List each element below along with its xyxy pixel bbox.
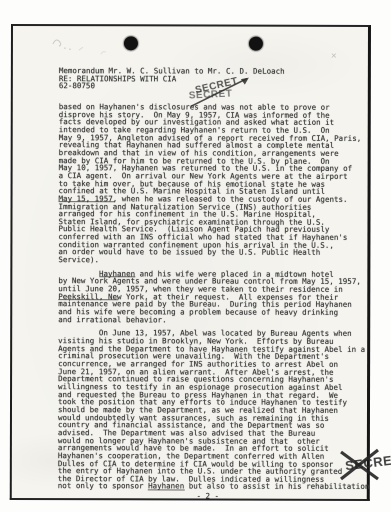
secret-stamp-crossed-out-bottom: SECRET	[338, 446, 391, 484]
strike-x-icon	[338, 446, 390, 484]
faint-x-mark: ×	[331, 51, 337, 62]
memo-paragraph-2: Hayhanen and his wife were placed in a m…	[58, 270, 376, 324]
hand-underline	[148, 489, 185, 490]
punch-hole-right	[249, 37, 263, 51]
scanned-memo-page: × Memorandum Mr. W. C. Sullivan to Mr. C…	[0, 0, 391, 512]
pencil-scribble-icon	[49, 32, 119, 58]
hand-underline	[99, 276, 135, 277]
memo-content: Memorandum Mr. W. C. Sullivan to Mr. C. …	[58, 67, 377, 501]
punch-hole-left	[124, 36, 138, 50]
secret-stamp-crossed-out: SECRET SECRET	[185, 78, 257, 114]
page-number: - 2 -	[58, 492, 358, 500]
document-page: × Memorandum Mr. W. C. Sullivan to Mr. C…	[10, 24, 371, 501]
memo-paragraph-1: based on Hayhanen's disclosures and was …	[58, 103, 376, 265]
hand-underline	[58, 299, 118, 300]
declassify-arrow-icon	[183, 68, 259, 110]
memo-paragraph-3: On June 13, 1957, Abel was located by Bu…	[58, 329, 376, 491]
hand-underline	[59, 201, 115, 202]
